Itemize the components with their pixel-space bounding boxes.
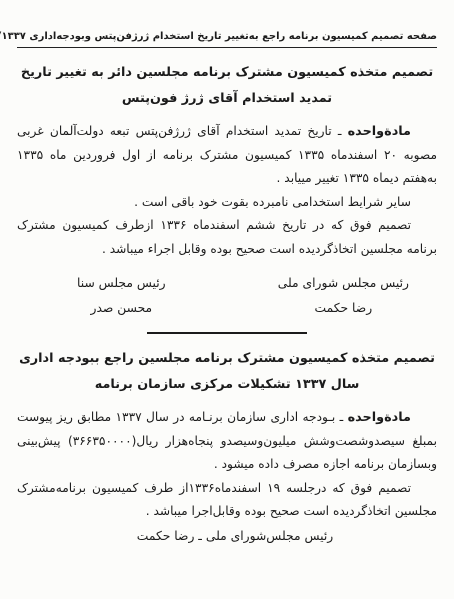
section1-signatures: رئیس مجلس شورای ملی رضا حکمت رئیس مجلس س… (17, 271, 437, 320)
header-rule (17, 47, 437, 48)
section2-title-line1: تصمیم متخذه کمیسیون مشترک برنامه مجلسین … (17, 346, 437, 372)
section2-article-label: مادةواحده (348, 410, 411, 425)
running-head-title: صفحه تصمیم کمیسیون برنامه راجع به‌تغییر … (2, 31, 438, 42)
section1-article-paragraph: مادةواحده ـ تاریخ تمدید استخدام آقای ژرژ… (17, 120, 437, 191)
running-head: صفحه تصمیم کمیسیون برنامه راجع به‌تغییر … (17, 28, 437, 42)
signature-title: رئیس مجلس شورای ملی (278, 271, 409, 295)
section1-title: تصمیم متخذه کمیسیون مشترک برنامه مجلسین … (17, 60, 437, 112)
section2-title-line2: سال ۱۳۳۷ تشکیلات مرکزی سازمان برنامه (17, 372, 437, 398)
signature-majlis-speaker: رئیس مجلس شورای ملی رضا حکمت (278, 271, 409, 320)
page-number: ۲۴۴۷ (0, 28, 2, 42)
section1-paragraph-2: سایر شرایط استخدامی نامبرده بقوت خود باق… (17, 191, 437, 215)
section2-signature-line: رئیس مجلس‌شورای ملی ـ رضا حکمت (25, 529, 445, 543)
signature-name: رضا حکمت (278, 296, 409, 320)
section1-paragraph-3: تصمیم فوق که در تاریخ ششم اسفندماه ۱۳۳۶ … (17, 214, 437, 261)
section1-title-line2: تمدید استخدام آقای ژرژ فون‌پتس (17, 86, 437, 112)
section1-article-label: مادةواحده (348, 124, 411, 139)
section2-article-paragraph: مادةواحده ـ بـودجه اداری سازمان برنـامه … (17, 406, 437, 477)
signature-title: رئیس مجلس سنا (77, 271, 166, 295)
section-divider (147, 332, 307, 334)
section1-title-line1: تصمیم متخذه کمیسیون مشترک برنامه مجلسین … (17, 60, 437, 86)
gazette-page: صفحه تصمیم کمیسیون برنامه راجع به‌تغییر … (0, 0, 454, 599)
section2-title: تصمیم متخذه کمیسیون مشترک برنامه مجلسین … (17, 346, 437, 398)
signature-name: محسن صدر (77, 296, 166, 320)
section2-paragraph-2: تصمیم فوق که درجلسه ۱۹ اسفندماه۱۳۳۶از طر… (17, 477, 437, 524)
signature-senate-speaker: رئیس مجلس سنا محسن صدر (77, 271, 166, 320)
